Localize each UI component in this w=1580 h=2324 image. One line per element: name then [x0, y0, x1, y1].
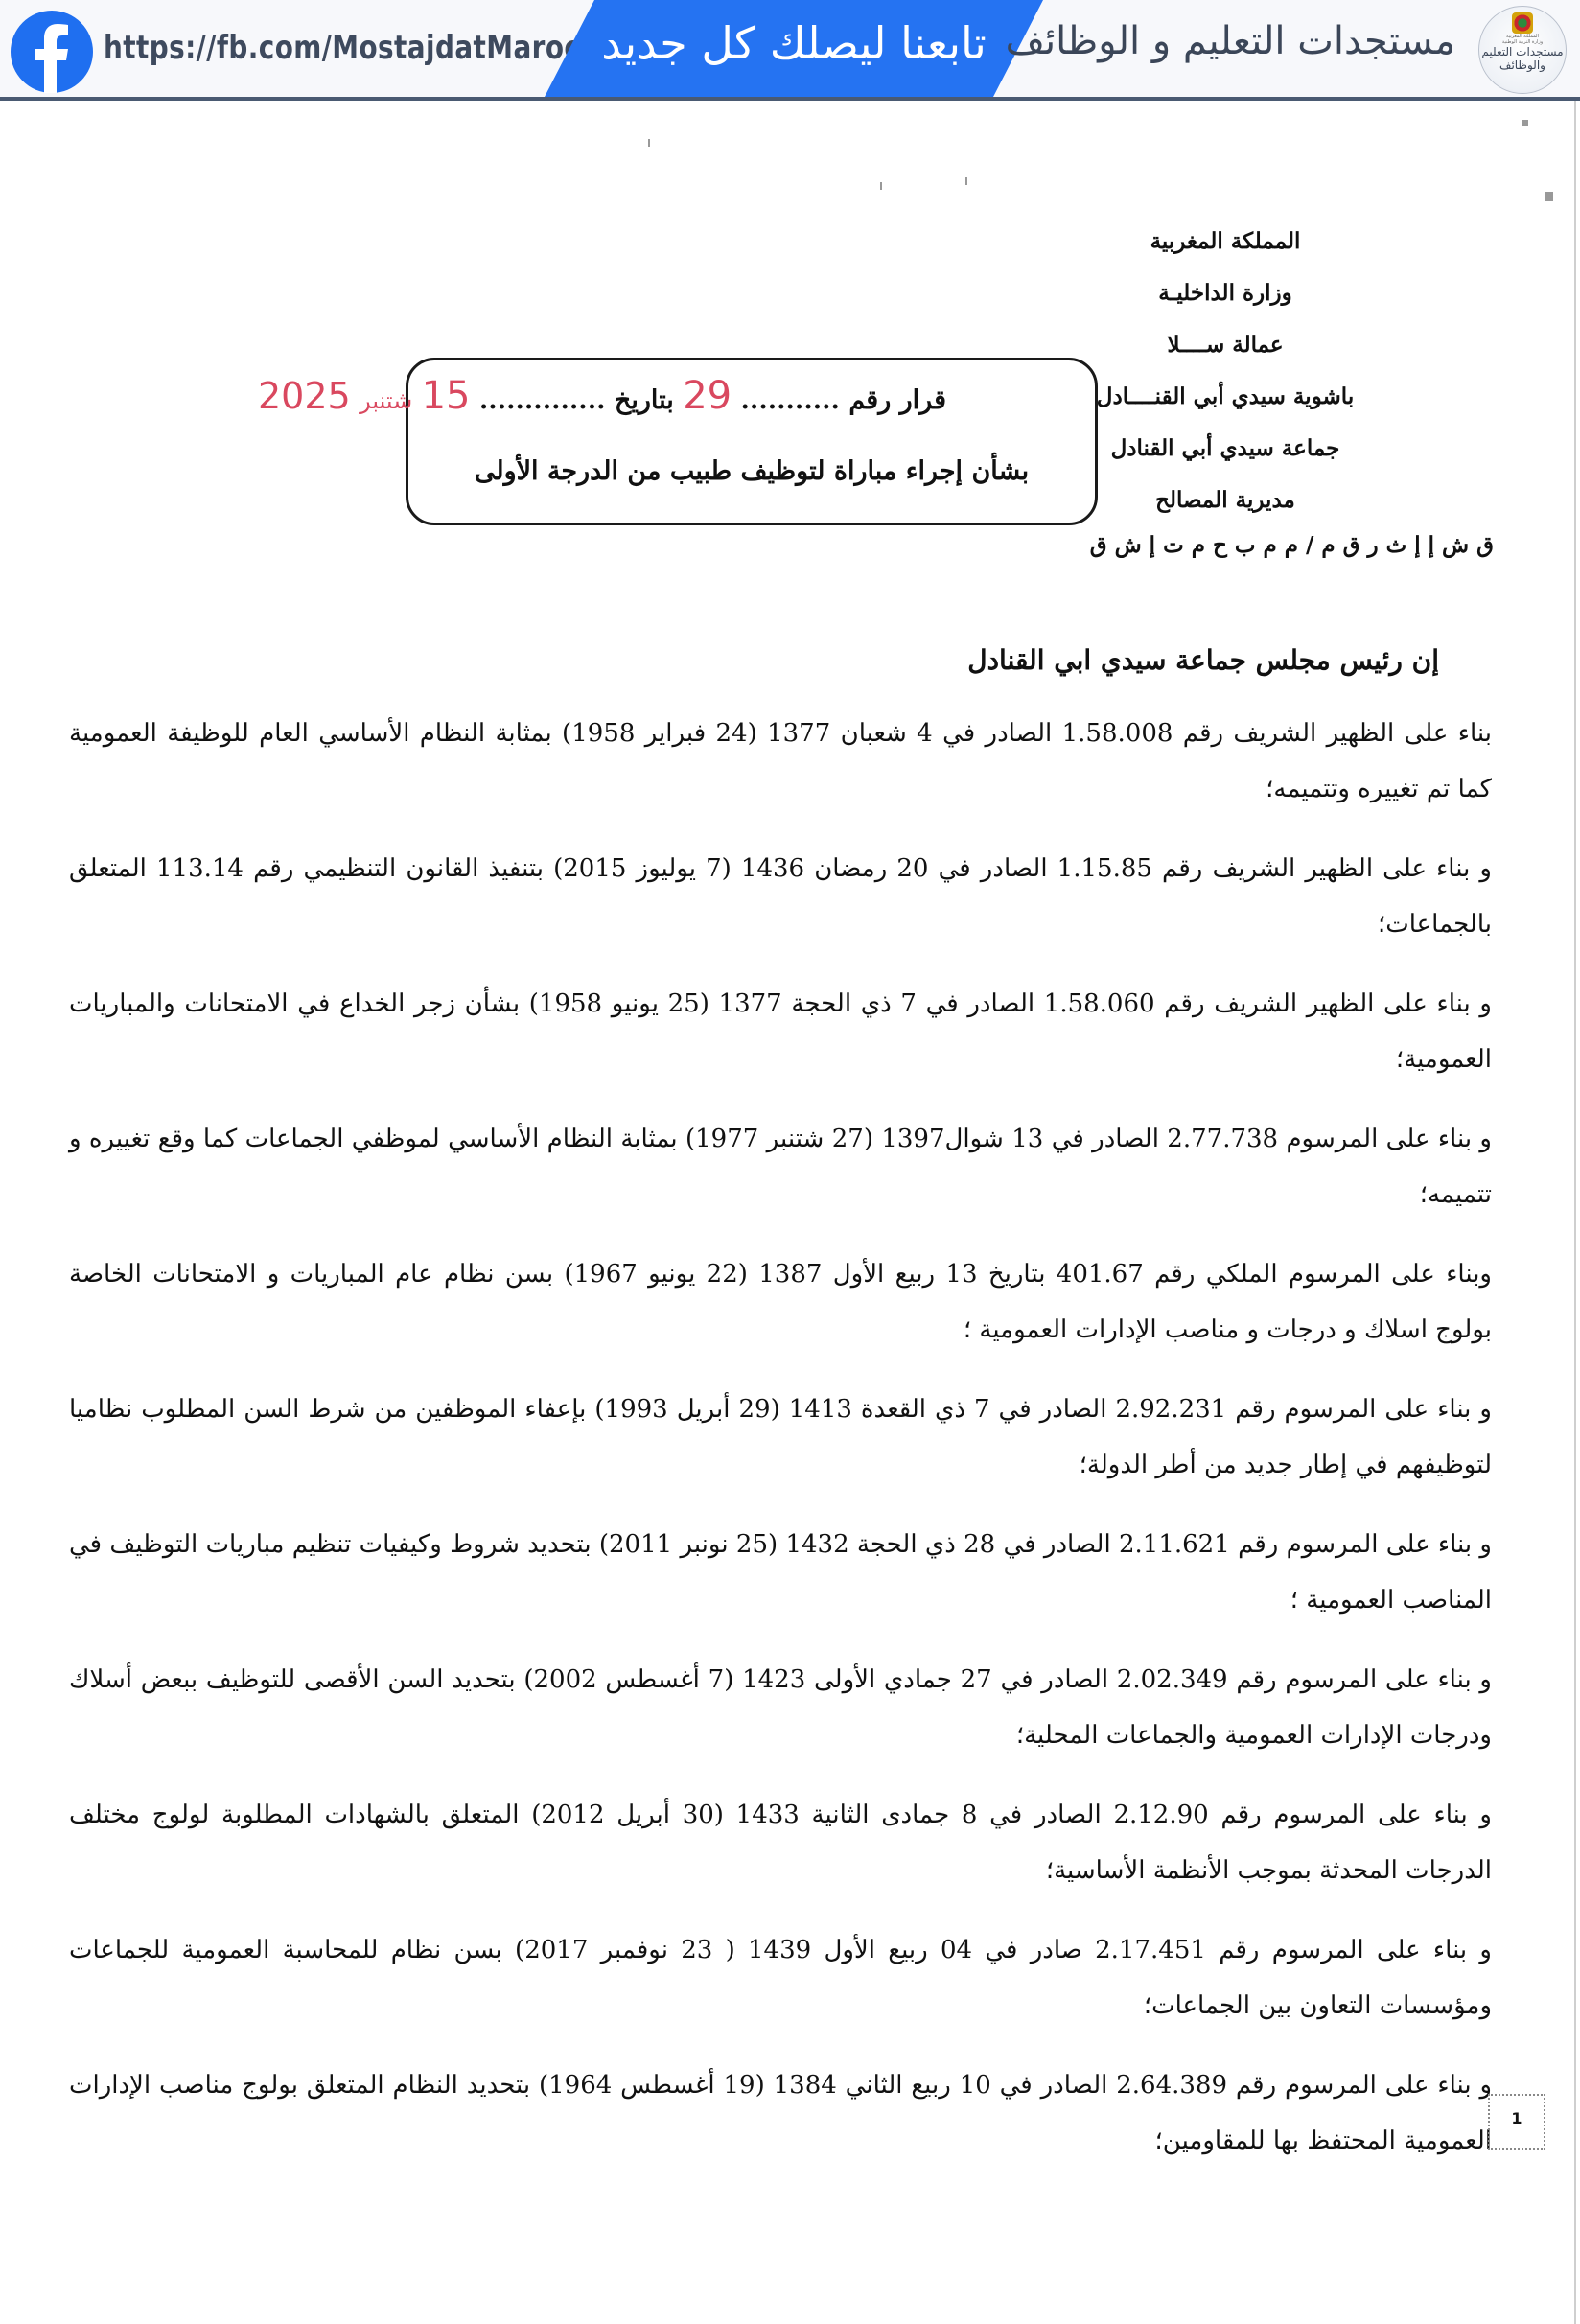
- logo-name-line-2: والوظائف: [1479, 58, 1566, 72]
- header-prefecture: عمالة ســــلا: [1053, 319, 1398, 371]
- legal-clause: و بناء على الظهير الشريف رقم 1.58.060 ال…: [69, 976, 1492, 1087]
- scan-speck: [648, 139, 650, 147]
- legal-clause: بناء على الظهير الشريف رقم 1.58.008 الصا…: [69, 706, 1492, 817]
- top-banner: https://fb.com/MostajdatMaroc تابعنا ليص…: [0, 0, 1580, 101]
- decision-date-year: 2025: [258, 375, 351, 417]
- legal-clause: و بناء على المرسوم 2.77.738 الصادر في 13…: [69, 1111, 1492, 1222]
- legal-clause: و بناء على المرسوم رقم 2.64.389 الصادر ف…: [69, 2057, 1492, 2169]
- scan-speck: [880, 182, 882, 190]
- decision-number: 29: [683, 374, 732, 418]
- document-body: إن رئيس مجلس جماعة سيدي ابي القنادل بناء…: [69, 633, 1492, 2193]
- official-header: المملكة المغربية وزارة الداخليـة عمالة س…: [1053, 216, 1398, 526]
- header-pashalik: باشوية سيدي أبي القنــــادل: [1053, 371, 1398, 423]
- header-kingdom: المملكة المغربية: [1053, 216, 1398, 267]
- brand-logo: المملكة المغربية وزارة التربية الوطنية م…: [1478, 6, 1567, 94]
- coat-of-arms-icon: [1512, 12, 1533, 34]
- decision-date-label: بتاريخ: [615, 385, 674, 415]
- legal-clause: و بناء على المرسوم رقم 2.12.90 الصادر في…: [69, 1787, 1492, 1898]
- logo-name-line-1: مستجدات التعليم: [1479, 45, 1566, 58]
- document-page: المملكة المغربية وزارة الداخليـة عمالة س…: [0, 101, 1580, 2324]
- date-dots: ..............: [479, 385, 606, 415]
- header-directorate: مديرية المصالح: [1053, 475, 1398, 526]
- reference-code: ق ش إ إ ث ر ق م / م م ب ح م ت إ ش ق: [1090, 532, 1494, 558]
- legal-clause: و بناء على الظهير الشريف رقم 1.15.85 الص…: [69, 841, 1492, 952]
- decision-number-date: قرار رقم ........... 29 بتاريخ .........…: [258, 374, 946, 418]
- scan-speck: [1545, 192, 1553, 201]
- decision-date-month: شتنبر: [360, 387, 412, 414]
- scan-speck: [965, 177, 967, 185]
- header-ministry: وزارة الداخليـة: [1053, 267, 1398, 319]
- brand-name: مستجدات التعليم و الوظائف: [1006, 19, 1455, 63]
- page-edge: [1574, 101, 1576, 2324]
- follow-us-text: تابعنا ليصلك كل جديد: [545, 17, 1043, 69]
- facebook-icon[interactable]: [11, 11, 93, 93]
- scan-speck: [1522, 120, 1528, 126]
- decision-box: قرار رقم ........... 29 بتاريخ .........…: [406, 358, 1098, 525]
- decision-number-label: قرار رقم: [848, 385, 946, 415]
- facebook-url-link[interactable]: https://fb.com/MostajdatMaroc: [104, 29, 580, 67]
- legal-clause: و بناء على المرسوم رقم 2.02.349 الصادر ف…: [69, 1652, 1492, 1763]
- legal-clause: و بناء على المرسوم رقم 2.17.451 صادر في …: [69, 1922, 1492, 2033]
- facebook-f-glyph: [11, 11, 93, 93]
- decision-date-day: 15: [422, 374, 471, 418]
- header-commune: جماعة سيدي أبي القنادل: [1053, 423, 1398, 475]
- number-dots: ...........: [741, 385, 840, 415]
- legal-clause: وبناء على المرسوم الملكي رقم 401.67 بتار…: [69, 1246, 1492, 1358]
- legal-clause: و بناء على المرسوم رقم 2.92.231 الصادر ف…: [69, 1382, 1492, 1493]
- decision-subject: بشأن إجراء مباراة لتوظيف طبيب من الدرجة …: [408, 456, 1095, 486]
- legal-clause: و بناء على المرسوم رقم 2.11.621 الصادر ف…: [69, 1517, 1492, 1628]
- page-number: 1: [1488, 2094, 1545, 2150]
- preamble-title: إن رئيس مجلس جماعة سيدي ابي القنادل: [69, 633, 1439, 688]
